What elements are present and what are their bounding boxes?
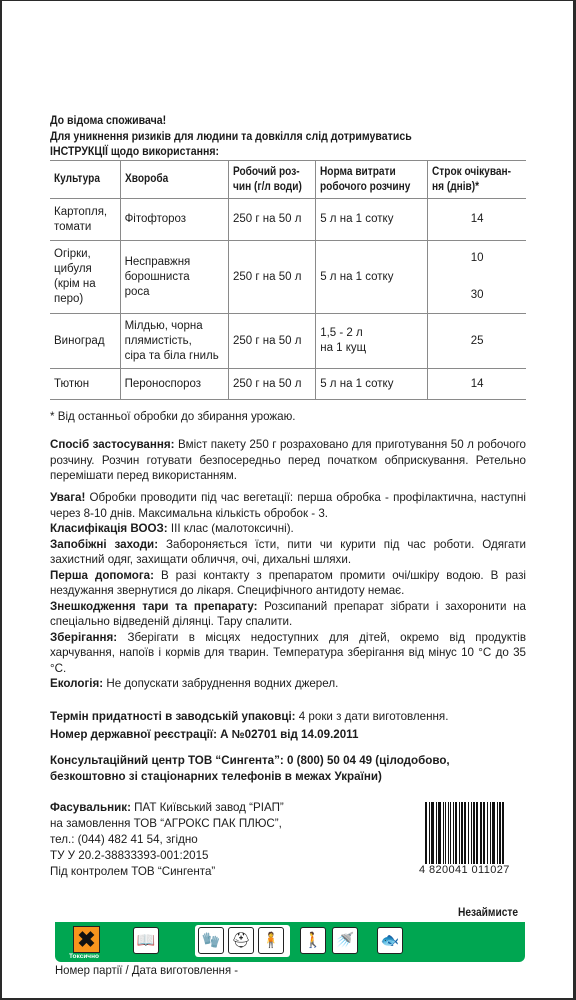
header-crop: Культура xyxy=(50,161,120,199)
cell-rate: 5 л на 1 сотку xyxy=(316,241,428,314)
independent-label: Незаймисте xyxy=(458,905,518,919)
cell-solution: 250 г на 50 л xyxy=(229,241,316,314)
hazard-label: Токсично xyxy=(69,953,99,960)
cell-waiting: 25 xyxy=(428,314,526,369)
table-row: Виноград Мілдью, чорнаплямистість,сіра т… xyxy=(50,314,526,369)
section-storage: Зберігання: Зберігати в місцях недоступн… xyxy=(50,630,526,677)
notice-title: До відома споживача! xyxy=(50,113,412,129)
instructions-sections: Увага! Обробки проводити під час вегетац… xyxy=(50,490,526,692)
barcode-bars xyxy=(425,802,525,864)
section-precautions: Запобіжні заходи: Забороняється їсти, пи… xyxy=(50,537,526,568)
barcode: 4 820041 011027 xyxy=(425,800,525,875)
notice-line: Для уникнення ризиків для людини та довк… xyxy=(50,129,412,145)
cell-solution: 250 г на 50 л xyxy=(229,369,316,400)
table-row: Картопля,томати Фітофтороз 250 г на 50 л… xyxy=(50,199,526,241)
spraying-icon: 🚶 xyxy=(300,927,326,954)
section-who-class: Класифікація ВООЗ: III клас (малотоксичн… xyxy=(50,521,526,537)
cell-crop: Огірки,цибуля(крім наперо) xyxy=(50,241,120,314)
dangerous-to-fish-icon: 🐟 xyxy=(377,927,403,954)
batch-date-label: Номер партії / Дата виготовлення - xyxy=(55,963,238,977)
cell-rate: 5 л на 1 сотку xyxy=(316,369,428,400)
cell-crop: Тютюн xyxy=(50,369,120,400)
shelf-life: Термін придатності в заводській упаковці… xyxy=(50,709,448,725)
method-label: Спосіб застосування: xyxy=(50,438,175,451)
safety-pictogram-band: ✖ Токсично 📖 🧤 ⛑ 🧍 🚶 🚿 🐟 xyxy=(55,922,525,962)
face-shield-icon: ⛑ xyxy=(228,927,254,954)
notice-line: ІНСТРУКЦІЇ щодо використання: xyxy=(50,144,412,160)
wash-after-use-icon: 🚿 xyxy=(332,927,358,954)
section-ecology: Екологія: Не допускати забруднення водни… xyxy=(50,676,526,692)
cell-solution: 250 г на 50 л xyxy=(229,314,316,369)
cell-disease: Фітофтороз xyxy=(120,199,228,241)
packer-label: Фасувальник: xyxy=(50,801,131,814)
registration-number: Номер державної реєстрації: А №02701 від… xyxy=(50,727,358,743)
table-row: Тютюн Пероноспороз 250 г на 50 л 5 л на … xyxy=(50,369,526,400)
header-waiting: Строк очікуван-ня (днів)* xyxy=(428,161,526,199)
cell-disease: Мілдью, чорнаплямистість,сіра та біла гн… xyxy=(120,314,228,369)
cell-waiting: 1030 xyxy=(428,241,526,314)
cell-waiting: 14 xyxy=(428,369,526,400)
cell-solution: 250 г на 50 л xyxy=(229,199,316,241)
usage-table: Культура Хвороба Робочий роз-чин (г/л во… xyxy=(50,160,526,400)
table-row: Огірки,цибуля(крім наперо) Несправжнябор… xyxy=(50,241,526,314)
cell-waiting: 14 xyxy=(428,199,526,241)
section-warning: Увага! Обробки проводити під час вегетац… xyxy=(50,490,526,521)
protective-suit-icon: 🧍 xyxy=(258,927,284,954)
application-method: Спосіб застосування: Вміст пакету 250 г … xyxy=(50,437,526,484)
consultation-center: Консультаційний центр ТОВ “Сингента”: 0 … xyxy=(50,753,520,785)
cell-rate: 5 л на 1 сотку xyxy=(316,199,428,241)
gloves-icon: 🧤 xyxy=(198,927,224,954)
header-disease: Хвороба xyxy=(120,161,228,199)
packer-info: Фасувальник: ПАТ Київський завод “РІАП” … xyxy=(50,800,284,880)
cell-crop: Виноград xyxy=(50,314,120,369)
cell-crop: Картопля,томати xyxy=(50,199,120,241)
section-disposal: Знешкодження тари та препарату: Розсипан… xyxy=(50,599,526,630)
header-rate: Норма витратиробочого розчину xyxy=(316,161,428,199)
read-label-icon: 📖 xyxy=(133,927,159,954)
header-solution: Робочий роз-чин (г/л води) xyxy=(229,161,316,199)
table-footnote: * Від останньої обробки до збирання урож… xyxy=(50,409,526,425)
cell-disease: Пероноспороз xyxy=(120,369,228,400)
toxic-x-icon: ✖ xyxy=(73,926,100,953)
section-first-aid: Перша допомога: В разі контакту з препар… xyxy=(50,568,526,599)
barcode-digits: 4 820041 011027 xyxy=(417,864,512,876)
cell-disease: Несправжняборошнистароса xyxy=(120,241,228,314)
cell-rate: 1,5 - 2 лна 1 кущ xyxy=(316,314,428,369)
table-header-row: Культура Хвороба Робочий роз-чин (г/л во… xyxy=(50,161,526,199)
consumer-notice: До відома споживача! Для уникнення ризик… xyxy=(50,113,412,160)
